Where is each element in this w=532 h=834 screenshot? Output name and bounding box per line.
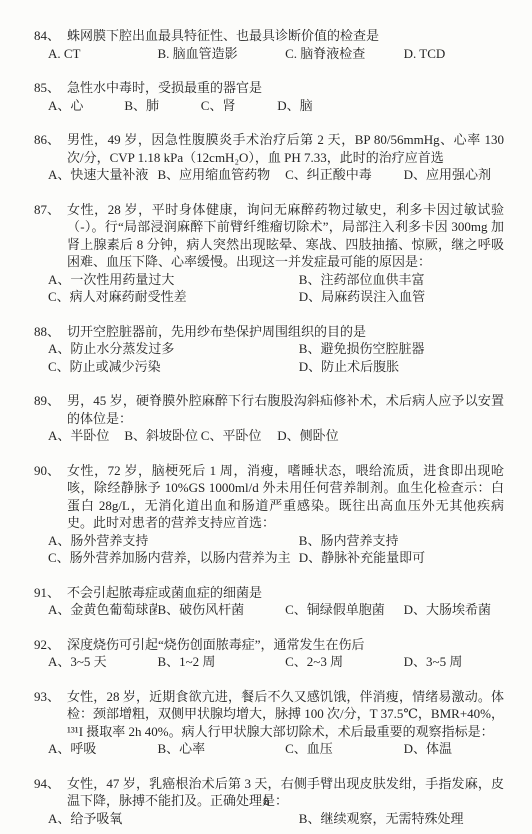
question-number: 92、 bbox=[34, 636, 67, 654]
option: D、应用强心剂 bbox=[404, 166, 504, 184]
question-stem: 男性，49 岁，因急性腹膜炎手术治疗后第 2 天，BP 80/56mmHg、心率… bbox=[67, 131, 504, 166]
question-stem-row: 93、 女性，28 岁，近期食欲亢进，餐后不久又感饥饿，伴消瘦，情绪易激动。体检… bbox=[34, 688, 504, 741]
option: B、斜坡卧位 bbox=[124, 427, 200, 445]
exam-page: 84、 蛛网膜下腔出血最具特征性、也最具诊断价值的检查是 A. CTB. 脑血管… bbox=[0, 0, 532, 834]
question-number: 84、 bbox=[34, 27, 67, 45]
question: 86、 男性，49 岁，因急性腹膜炎手术治疗后第 2 天，BP 80/56mmH… bbox=[34, 131, 504, 184]
option: A、心 bbox=[48, 97, 124, 115]
option: C. 脑脊液检查 bbox=[285, 45, 404, 63]
question-stem-row: 92、 深度烧伤可引起“烧伤创面脓毒症”，通常发生在伤后 bbox=[34, 636, 504, 654]
option: B、破伤风杆菌 bbox=[157, 601, 285, 619]
option: B、1~2 周 bbox=[157, 653, 285, 671]
options: A、3~5 天B、1~2 周C、2~3 周D、3~5 周 bbox=[34, 653, 504, 671]
question: 87、 女性，28 岁，平时身体健康，询问无麻醉药物过敏史，利多卡因过敏试验（-… bbox=[34, 201, 504, 306]
option: A. CT bbox=[48, 45, 157, 63]
question: 85、 急性水中毒时，受损最重的器官是 A、心B、肺C、肾D、脑 bbox=[34, 79, 504, 114]
option: C、血压 bbox=[285, 740, 404, 758]
question-stem-row: 88、 切开空腔脏器前，先用纱布垫保护周围组织的目的是 bbox=[34, 323, 504, 341]
option: C、2~3 周 bbox=[285, 653, 404, 671]
options: A、快速大量补液B、应用缩血管药物C、纠正酸中毒D、应用强心剂 bbox=[34, 166, 504, 184]
options: A、金黄色葡萄球菌B、破伤风杆菌C、铜绿假单胞菌D、大肠埃希菌 bbox=[34, 601, 504, 619]
option: B、心率 bbox=[157, 740, 285, 758]
option: C、肾 bbox=[201, 97, 277, 115]
question-stem-row: 87、 女性，28 岁，平时身体健康，询问无麻醉药物过敏史，利多卡因过敏试验（-… bbox=[34, 201, 504, 271]
question-stem: 女性，72 岁，脑梗死后 1 周，消瘦，嗜睡状态，喂给流质，进食即出现呛咳，除经… bbox=[67, 462, 504, 532]
option: C、平卧位 bbox=[201, 427, 277, 445]
option: B、肺 bbox=[124, 97, 200, 115]
option: A、3~5 天 bbox=[48, 653, 157, 671]
question-stem-row: 84、 蛛网膜下腔出血最具特征性、也最具诊断价值的检查是 bbox=[34, 27, 504, 45]
option: B、继续观察，无需特殊处理 bbox=[299, 810, 504, 828]
question-stem: 不会引起脓毒症或菌血症的细菌是 bbox=[67, 584, 504, 602]
question-number: 86、 bbox=[34, 131, 67, 166]
option: D. TCD bbox=[404, 45, 504, 63]
question: 92、 深度烧伤可引起“烧伤创面脓毒症”，通常发生在伤后 A、3~5 天B、1~… bbox=[34, 636, 504, 671]
question-stem: 急性水中毒时，受损最重的器官是 bbox=[67, 79, 504, 97]
option: D、防止术后腹胀 bbox=[299, 358, 504, 376]
question-stem: 蛛网膜下腔出血最具特征性、也最具诊断价值的检查是 bbox=[67, 27, 504, 45]
options: A、防止水分蒸发过多B、避免损伤空腔脏器C、防止或减少污染D、防止术后腹胀 bbox=[34, 340, 504, 375]
question: 89、 男，45 岁，硬脊膜外腔麻醉下行右腹股沟斜疝修补术，术后病人应予以安置的… bbox=[34, 392, 504, 445]
option: A、给予吸氧 bbox=[48, 810, 299, 828]
question-stem: 切开空腔脏器前，先用纱布垫保护周围组织的目的是 bbox=[67, 323, 504, 341]
question-number: 85、 bbox=[34, 79, 67, 97]
question: 88、 切开空腔脏器前，先用纱布垫保护周围组织的目的是 A、防止水分蒸发过多B、… bbox=[34, 323, 504, 376]
option: C、纠正酸中毒 bbox=[285, 166, 404, 184]
option: A、呼吸 bbox=[48, 740, 157, 758]
options: A、半卧位B、斜坡卧位C、平卧位D、侧卧位 bbox=[34, 427, 354, 445]
question-number: 93、 bbox=[34, 688, 67, 741]
question-stem: 女性，28 岁，近期食欲亢进，餐后不久又感饥饿，伴消瘦，情绪易激动。体检：颈部增… bbox=[67, 688, 504, 741]
option: C、防止或减少污染 bbox=[48, 358, 299, 376]
option: A、金黄色葡萄球菌 bbox=[48, 601, 157, 619]
option: D、静脉补充能量即可 bbox=[299, 549, 504, 567]
option: C、病人对麻药耐受性差 bbox=[48, 288, 299, 306]
options: A、给予吸氧B、继续观察，无需特殊处理 bbox=[34, 810, 504, 828]
option: B、肠内营养支持 bbox=[299, 532, 504, 550]
options: A、一次性用药量过大B、注药部位血供丰富C、病人对麻药耐受性差D、局麻药误注入血… bbox=[34, 271, 504, 306]
question-number: 88、 bbox=[34, 323, 67, 341]
options: A、呼吸B、心率C、血压D、体温 bbox=[34, 740, 504, 758]
page-number: 8 bbox=[0, 793, 532, 811]
option: D、侧卧位 bbox=[277, 427, 353, 445]
option: B、避免损伤空腔脏器 bbox=[299, 340, 504, 358]
options: A、肠外营养支持B、肠内营养支持C、肠外营养加肠内营养，以肠内营养为主D、静脉补… bbox=[34, 532, 504, 567]
options: A. CTB. 脑血管造影C. 脑脊液检查D. TCD bbox=[34, 45, 504, 63]
question-stem-row: 86、 男性，49 岁，因急性腹膜炎手术治疗后第 2 天，BP 80/56mmH… bbox=[34, 131, 504, 166]
question-stem: 男，45 岁，硬脊膜外腔麻醉下行右腹股沟斜疝修补术，术后病人应予以安置的体位是： bbox=[67, 392, 504, 427]
option: A、防止水分蒸发过多 bbox=[48, 340, 299, 358]
option: D、3~5 周 bbox=[404, 653, 504, 671]
question-number: 89、 bbox=[34, 392, 67, 427]
question-stem-row: 91、 不会引起脓毒症或菌血症的细菌是 bbox=[34, 584, 504, 602]
option: C、铜绿假单胞菌 bbox=[285, 601, 404, 619]
question-stem-row: 89、 男，45 岁，硬脊膜外腔麻醉下行右腹股沟斜疝修补术，术后病人应予以安置的… bbox=[34, 392, 504, 427]
option: B、应用缩血管药物 bbox=[157, 166, 285, 184]
option: D、体温 bbox=[404, 740, 504, 758]
option: D、大肠埃希菌 bbox=[404, 601, 504, 619]
question: 84、 蛛网膜下腔出血最具特征性、也最具诊断价值的检查是 A. CTB. 脑血管… bbox=[34, 27, 504, 62]
option: A、半卧位 bbox=[48, 427, 124, 445]
option: A、肠外营养支持 bbox=[48, 532, 299, 550]
question-stem-row: 85、 急性水中毒时，受损最重的器官是 bbox=[34, 79, 504, 97]
question-stem: 深度烧伤可引起“烧伤创面脓毒症”，通常发生在伤后 bbox=[67, 636, 504, 654]
question: 90、 女性，72 岁，脑梗死后 1 周，消瘦，嗜睡状态，喂给流质，进食即出现呛… bbox=[34, 462, 504, 567]
question-number: 87、 bbox=[34, 201, 67, 271]
question-number: 90、 bbox=[34, 462, 67, 532]
options: A、心B、肺C、肾D、脑 bbox=[34, 97, 354, 115]
option: A、快速大量补液 bbox=[48, 166, 157, 184]
option: C、肠外营养加肠内营养，以肠内营养为主 bbox=[48, 549, 299, 567]
question-number: 91、 bbox=[34, 584, 67, 602]
question: 91、 不会引起脓毒症或菌血症的细菌是 A、金黄色葡萄球菌B、破伤风杆菌C、铜绿… bbox=[34, 584, 504, 619]
question: 93、 女性，28 岁，近期食欲亢进，餐后不久又感饥饿，伴消瘦，情绪易激动。体检… bbox=[34, 688, 504, 758]
option: A、一次性用药量过大 bbox=[48, 271, 299, 289]
question-list: 84、 蛛网膜下腔出血最具特征性、也最具诊断价值的检查是 A. CTB. 脑血管… bbox=[34, 27, 504, 827]
option: D、脑 bbox=[277, 97, 353, 115]
option: D、局麻药误注入血管 bbox=[299, 288, 504, 306]
option: B. 脑血管造影 bbox=[157, 45, 285, 63]
question-stem-row: 90、 女性，72 岁，脑梗死后 1 周，消瘦，嗜睡状态，喂给流质，进食即出现呛… bbox=[34, 462, 504, 532]
option: B、注药部位血供丰富 bbox=[299, 271, 504, 289]
question-stem: 女性，28 岁，平时身体健康，询问无麻醉药物过敏史，利多卡因过敏试验（-）。行“… bbox=[67, 201, 504, 271]
